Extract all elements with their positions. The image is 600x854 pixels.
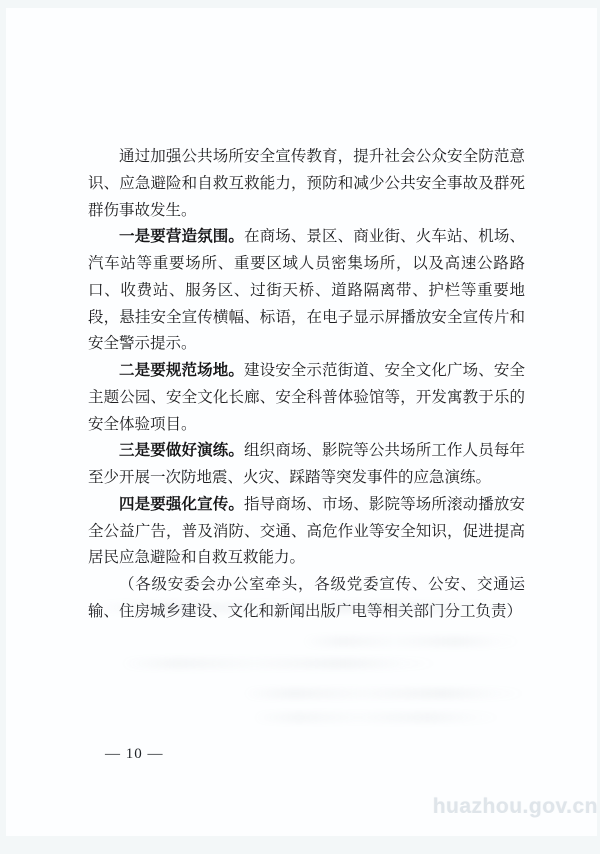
bleed-through-smudge bbox=[252, 712, 504, 723]
paragraph-lead: 一是要营造氛围。 bbox=[119, 228, 244, 245]
paragraph-item-4: 四是要强化宣传。指导商场、市场、影院等场所滚动播放安全公益广告，普及消防、交通、… bbox=[88, 492, 525, 572]
site-watermark: huazhou.gov.cn bbox=[433, 795, 598, 819]
paragraph-lead: 二是要规范场地。 bbox=[119, 362, 244, 379]
paragraph-responsibility-note: （各级安委会办公室牵头，各级党委宣传、公安、交通运输、住房城乡建设、文化和新闻出… bbox=[88, 572, 525, 626]
document-body: 通过加强公共场所安全宣传教育，提升社会公众安全防范意识、应急避险和自救互救能力，… bbox=[88, 144, 525, 626]
paragraph-text: 在商场、景区、商业街、火车站、机场、汽车站等重要场所、重要区域人员密集场所，以及… bbox=[88, 228, 525, 352]
paragraph-text: （各级安委会办公室牵头，各级党委宣传、公安、交通运输、住房城乡建设、文化和新闻出… bbox=[88, 576, 525, 620]
page-number: — 10 — bbox=[105, 746, 164, 763]
paragraph-item-2: 二是要规范场地。建设安全示范街道、安全文化广场、安全主题公园、安全文化长廊、安全… bbox=[88, 358, 525, 438]
paragraph-lead: 三是要做好演练。 bbox=[119, 442, 244, 459]
paragraph-item-3: 三是要做好演练。组织商场、影院等公共场所工作人员每年至少开展一次防地震、火灾、踩… bbox=[88, 438, 525, 492]
paragraph-text: 通过加强公共场所安全宣传教育，提升社会公众安全防范意识、应急避险和自救互救能力，… bbox=[88, 148, 525, 219]
bleed-through-smudge bbox=[242, 688, 528, 699]
bleed-through-smudge bbox=[120, 658, 440, 669]
paragraph-lead: 四是要强化宣传。 bbox=[119, 496, 244, 513]
bleed-through-smudge bbox=[302, 636, 522, 647]
bleed-through-smudge bbox=[94, 602, 518, 613]
paragraph-intro: 通过加强公共场所安全宣传教育，提升社会公众安全防范意识、应急避险和自救互救能力，… bbox=[88, 144, 525, 224]
document-page: 通过加强公共场所安全宣传教育，提升社会公众安全防范意识、应急避险和自救互救能力，… bbox=[6, 8, 597, 836]
paragraph-item-1: 一是要营造氛围。在商场、景区、商业街、火车站、机场、汽车站等重要场所、重要区域人… bbox=[88, 224, 525, 358]
